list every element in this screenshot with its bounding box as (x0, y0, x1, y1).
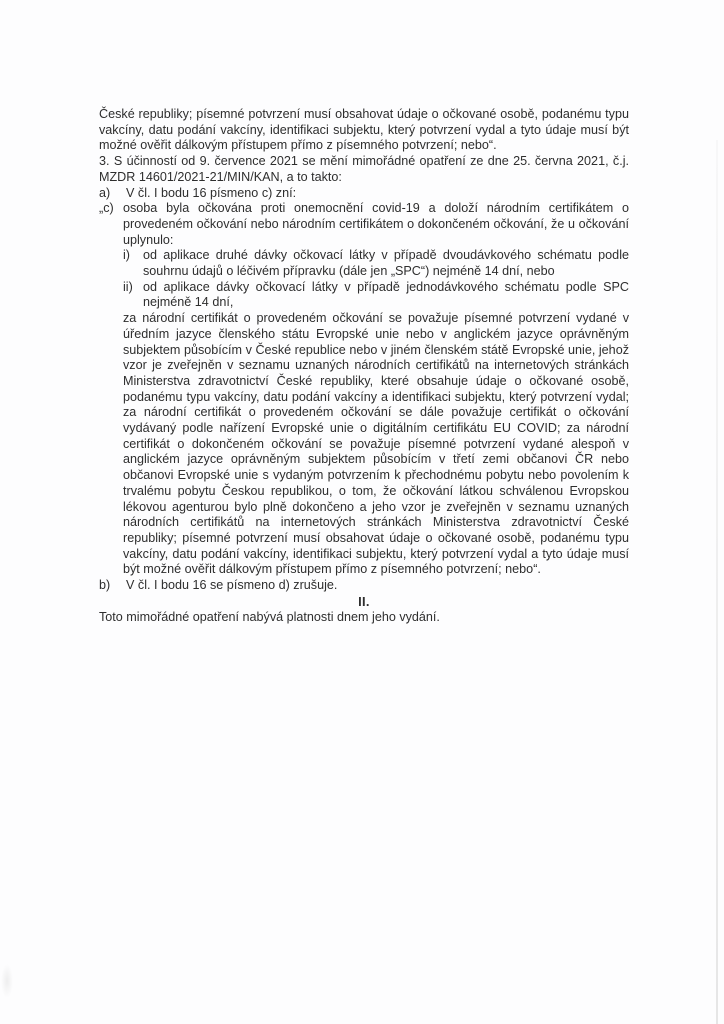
point-c-body: za národní certifikát o provedeném očkov… (123, 311, 629, 578)
closing-paragraph: Toto mimořádné opatření nabývá platnosti… (99, 610, 629, 626)
subitem-i-marker: i) (123, 248, 143, 264)
subitem-i: i) od aplikace druhé dávky očkovací látk… (123, 248, 629, 279)
subitem-ii-marker: ii) (123, 280, 143, 296)
subitem-i-text: od aplikace druhé dávky očkovací látky v… (143, 248, 629, 279)
point-a-text: V čl. I bodu 16 písmeno c) zní: (126, 186, 629, 202)
point-a: a) V čl. I bodu 16 písmeno c) zní: (99, 186, 629, 202)
subitem-ii: ii) od aplikace dávky očkovací látky v p… (123, 280, 629, 311)
point-b-text: V čl. I bodu 16 se písmeno d) zrušuje. (126, 578, 629, 594)
point-b: b) V čl. I bodu 16 se písmeno d) zrušuje… (99, 578, 629, 594)
document-body: České republiky; písemné potvrzení musí … (99, 107, 629, 625)
scan-edge-artifact (716, 140, 718, 1024)
point-c: „c) osoba byla očkována proti onemocnění… (99, 201, 629, 578)
section-ii-heading: II. (99, 594, 629, 610)
point-c-intro: osoba byla očkována proti onemocnění cov… (123, 201, 629, 248)
point-a-marker: a) (99, 186, 126, 202)
point-c-content: osoba byla očkována proti onemocnění cov… (123, 201, 629, 578)
continuation-paragraph: České republiky; písemné potvrzení musí … (99, 107, 629, 154)
subitem-ii-text: od aplikace dávky očkovací látky v přípa… (143, 280, 629, 311)
scanned-document-page: České republiky; písemné potvrzení musí … (0, 0, 724, 1024)
point-b-marker: b) (99, 578, 126, 594)
point-c-marker: „c) (99, 201, 123, 217)
item-3-paragraph: 3. S účinností od 9. července 2021 se mě… (99, 154, 629, 185)
scan-smudge-artifact (1, 964, 13, 998)
